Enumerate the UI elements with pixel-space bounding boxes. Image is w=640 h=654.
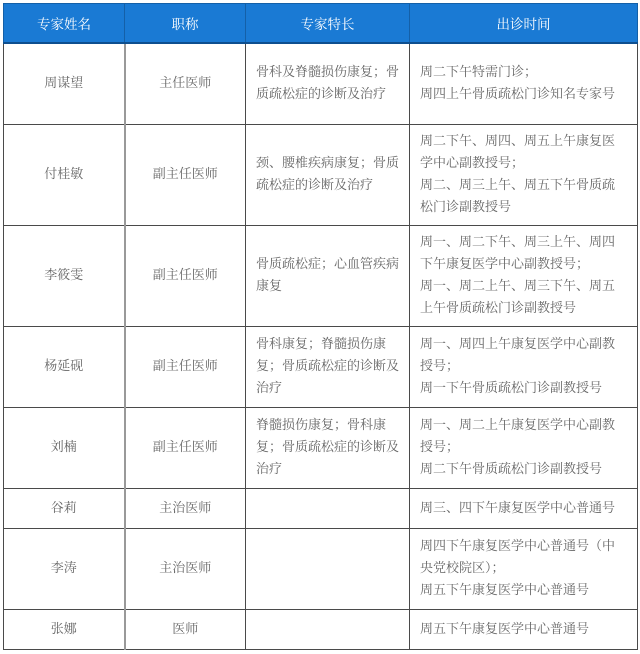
schedule-line: 周一、周二上午、周三下午、周五上午骨质疏松门诊副教授号 [420,276,627,320]
expert-title: 副主任医师 [125,408,246,489]
expert-specialty [246,610,410,650]
expert-name: 谷莉 [4,489,125,529]
table-row: 谷莉 主治医师 周三、四下午康复医学中心普通号 [4,489,638,529]
header-specialty: 专家特长 [246,4,410,44]
expert-schedule: 周一、周四上午康复医学中心副教授号； 周一下午骨质疏松门诊副教授号 [410,327,638,408]
schedule-line: 周二下午骨质疏松门诊副教授号 [420,459,627,481]
expert-schedule: 周四下午康复医学中心普通号（中央党校院区）； 周五下午康复医学中心普通号 [410,529,638,610]
table-header-row: 专家姓名 职称 专家特长 出诊时间 [4,4,638,44]
expert-schedule-container: 专家姓名 职称 专家特长 出诊时间 周谋望 主任医师 骨科及脊髓损伤康复；骨质疏… [3,3,637,650]
expert-schedule: 周二下午特需门诊； 周四上午骨质疏松门诊知名专家号 [410,43,638,125]
schedule-line: 周二下午特需门诊； [420,62,627,84]
expert-name: 李涛 [4,529,125,610]
expert-title: 主治医师 [125,489,246,529]
header-title: 职称 [125,4,246,44]
expert-schedule: 周三、四下午康复医学中心普通号 [410,489,638,529]
header-schedule: 出诊时间 [410,4,638,44]
schedule-line: 周一、周四上午康复医学中心副教授号； [420,334,627,378]
table-row: 周谋望 主任医师 骨科及脊髓损伤康复；骨质疏松症的诊断及治疗 周二下午特需门诊；… [4,43,638,125]
expert-name: 张娜 [4,610,125,650]
schedule-line: 周五下午康复医学中心普通号 [420,580,627,602]
schedule-line: 周一、周二上午康复医学中心副教授号； [420,415,627,459]
expert-name: 李筱雯 [4,226,125,327]
table-row: 刘楠 副主任医师 脊髓损伤康复；骨科康复；骨质疏松症的诊断及治疗 周一、周二上午… [4,408,638,489]
table-row: 李筱雯 副主任医师 骨质疏松症；心血管疾病康复 周一、周二下午、周三上午、周四下… [4,226,638,327]
expert-name: 周谋望 [4,43,125,125]
schedule-line: 周三、四下午康复医学中心普通号 [420,498,627,520]
schedule-line: 周二、周三上午、周五下午骨质疏松门诊副教授号 [420,175,627,219]
expert-title: 副主任医师 [125,125,246,226]
expert-schedule: 周一、周二下午、周三上午、周四下午康复医学中心副教授号； 周一、周二上午、周三下… [410,226,638,327]
expert-specialty: 骨科及脊髓损伤康复；骨质疏松症的诊断及治疗 [246,43,410,125]
schedule-line: 周一下午骨质疏松门诊副教授号 [420,378,627,400]
expert-title: 主任医师 [125,43,246,125]
expert-name: 付桂敏 [4,125,125,226]
schedule-line: 周五下午康复医学中心普通号 [420,619,627,641]
expert-title: 副主任医师 [125,226,246,327]
expert-specialty: 骨质疏松症；心血管疾病康复 [246,226,410,327]
expert-schedule: 周二下午、周四、周五上午康复医学中心副教授号； 周二、周三上午、周五下午骨质疏松… [410,125,638,226]
schedule-line: 周一、周二下午、周三上午、周四下午康复医学中心副教授号； [420,232,627,276]
expert-schedule: 周五下午康复医学中心普通号 [410,610,638,650]
table-row: 杨延砚 副主任医师 骨科康复；脊髓损伤康复；骨质疏松症的诊断及治疗 周一、周四上… [4,327,638,408]
schedule-line: 周二下午、周四、周五上午康复医学中心副教授号； [420,131,627,175]
expert-title: 主治医师 [125,529,246,610]
expert-specialty [246,489,410,529]
expert-specialty: 颈、腰椎疾病康复；骨质疏松症的诊断及治疗 [246,125,410,226]
expert-name: 杨延砚 [4,327,125,408]
expert-specialty: 脊髓损伤康复；骨科康复；骨质疏松症的诊断及治疗 [246,408,410,489]
expert-specialty [246,529,410,610]
header-expert-name: 专家姓名 [4,4,125,44]
expert-name: 刘楠 [4,408,125,489]
expert-schedule: 周一、周二上午康复医学中心副教授号； 周二下午骨质疏松门诊副教授号 [410,408,638,489]
table-row: 张娜 医师 周五下午康复医学中心普通号 [4,610,638,650]
expert-specialty: 骨科康复；脊髓损伤康复；骨质疏松症的诊断及治疗 [246,327,410,408]
table-row: 李涛 主治医师 周四下午康复医学中心普通号（中央党校院区）； 周五下午康复医学中… [4,529,638,610]
schedule-line: 周四上午骨质疏松门诊知名专家号 [420,84,627,106]
table-row: 付桂敏 副主任医师 颈、腰椎疾病康复；骨质疏松症的诊断及治疗 周二下午、周四、周… [4,125,638,226]
expert-schedule-table: 专家姓名 职称 专家特长 出诊时间 周谋望 主任医师 骨科及脊髓损伤康复；骨质疏… [3,3,638,650]
expert-title: 医师 [125,610,246,650]
expert-title: 副主任医师 [125,327,246,408]
schedule-line: 周四下午康复医学中心普通号（中央党校院区）； [420,536,627,580]
